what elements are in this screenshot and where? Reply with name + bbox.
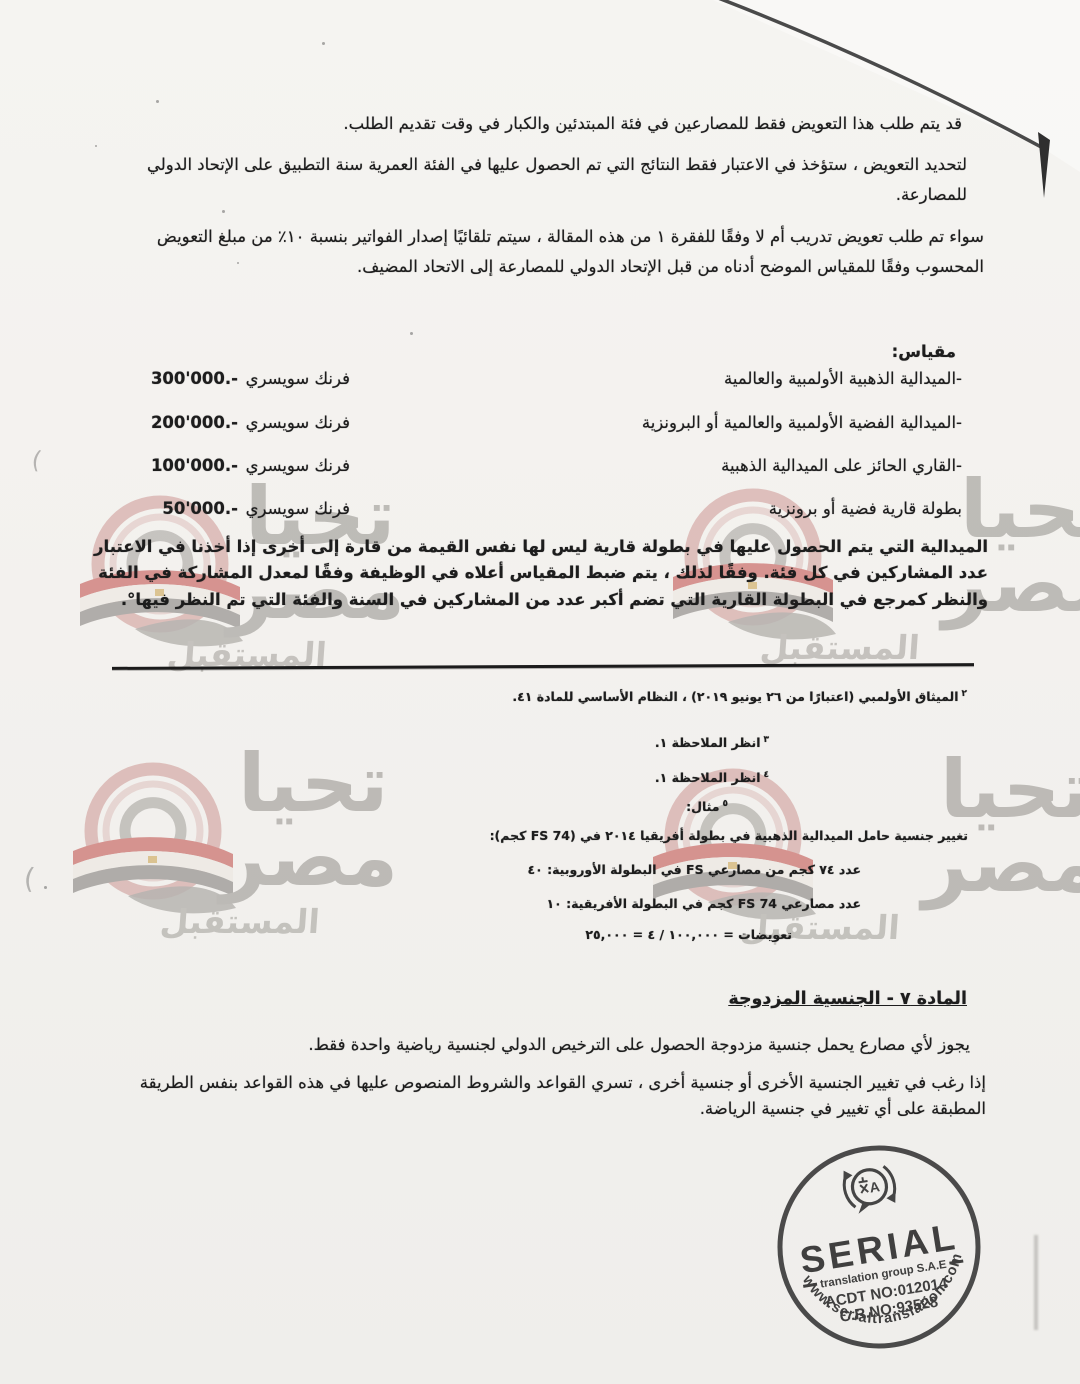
scale-row-label: -الميدالية الذهبية الأولمبية والعالمية [724,364,962,394]
scan-speck [410,332,413,335]
scale-row-label: -القاري الحائز على الميدالية الذهبية [721,451,962,481]
watermark-word-misr: مصر [220,818,398,898]
scale-row-amount: 50'000.- [140,494,238,524]
scan-speck [44,886,47,889]
footnote-marker: ٤ [764,770,770,780]
footnote: ٤انظر الملاحظة ١. [655,769,769,787]
tahya-misr-logo-icon [68,756,238,926]
article-7-paragraph-2: إذا رغب في تغيير الجنسية الأخرى أو جنسية… [96,1070,986,1121]
scale-row: -الميدالية الفضية الأولمبية والعالمية أو… [0,408,1080,438]
translation-icon: A [842,1163,898,1215]
footnote-text: عدد مصارعي FS 74 كجم في البطولة الأفريقي… [546,896,861,911]
footnote-text: تغيير جنسية حامل الميدالية الذهبية في بط… [490,828,968,843]
scale-row-currency: فرنك سويسري [250,451,350,481]
scale-row-amount: 300'000.- [140,364,238,394]
footnote-marker: ٢ [962,689,968,699]
scale-row-currency: فرنك سويسري [250,408,350,438]
watermark-word-mustaqbal: المستقبل [159,902,321,941]
scan-smudge [1034,1235,1038,1330]
footnote-example-line: تغيير جنسية حامل الميدالية الذهبية في بط… [490,827,968,845]
footnote: ٥مثال: [686,798,728,816]
footnote-text: مثال: [686,799,719,814]
footnote-text: تعويضات = ١٠٠,٠٠٠ / ٤ = ٢٥,٠٠٠ [585,927,792,942]
scale-row-amount: 100'000.- [140,451,238,481]
tahya-misr-watermark: تحيا مصر المستقبل [68,752,528,957]
scan-speck [322,42,325,45]
scale-title: مقياس: [892,337,956,367]
watermark-word-mustaqbal: المستقبل [759,628,921,667]
scale-row-label: بطولة قارية فضية أو برونزية [769,494,962,524]
footnote-example-line: عدد مصارعي FS 74 كجم في البطولة الأفريقي… [546,895,861,913]
scan-artifact: ( [22,862,36,896]
scale-row-currency: فرنك سويسري [250,494,350,524]
article-7-heading: المادة ٧ - الجنسية المزدوجة [728,984,967,1016]
watermark-word-tahya: تحيا [238,744,388,824]
footnote-example-line: عدد ٧٤ كجم من مصارعي FS في البطولة الأور… [527,861,861,879]
scan-corner-crease [0,0,1080,260]
scan-speck [222,210,225,213]
footnote-marker: ٣ [764,735,770,745]
paragraph-scale-note: الميدالية التي يتم الحصول عليها في بطولة… [88,534,988,613]
article-7-paragraph-1: يجوز لأي مصارع يحمل جنسية مزدوجة الحصول … [308,1030,970,1060]
scale-row-label: -الميدالية الفضية الأولمبية والعالمية أو… [642,408,962,438]
footnote-separator [112,663,974,670]
scan-speck [95,145,97,147]
scale-row: -القاري الحائز على الميدالية الذهبية فرن… [0,451,1080,481]
scale-row-amount: 200'000.- [140,408,238,438]
footnote-text: انظر الملاحظة ١. [655,735,761,750]
serial-translation-stamp: A SERIAL translation group S.A.E ACDT NO… [772,1140,986,1354]
stamp-icon-letter: A [868,1178,881,1195]
footnote-example-line: تعويضات = ١٠٠,٠٠٠ / ٤ = ٢٥,٠٠٠ [585,926,792,944]
footnote: ٢الميثاق الأولمبي (اعتبارًا من ٢٦ يونيو … [512,688,967,706]
footnote-text: الميثاق الأولمبي (اعتبارًا من ٢٦ يونيو ٢… [512,689,958,704]
watermark-word-tahya: تحيا [940,750,1080,830]
scale-row: -الميدالية الذهبية الأولمبية والعالمية ف… [0,364,1080,394]
footnote-text: عدد ٧٤ كجم من مصارعي FS في البطولة الأور… [527,862,861,877]
footnote-marker: ٥ [723,799,729,809]
scan-speck [156,100,159,103]
footnote-text: انظر الملاحظة ١. [655,770,761,785]
scale-row-currency: فرنك سويسري [250,364,350,394]
scan-speck [237,262,239,264]
scale-row: بطولة قارية فضية أو برونزية فرنك سويسري … [0,494,1080,524]
footnote: ٣انظر الملاحظة ١. [655,734,769,752]
